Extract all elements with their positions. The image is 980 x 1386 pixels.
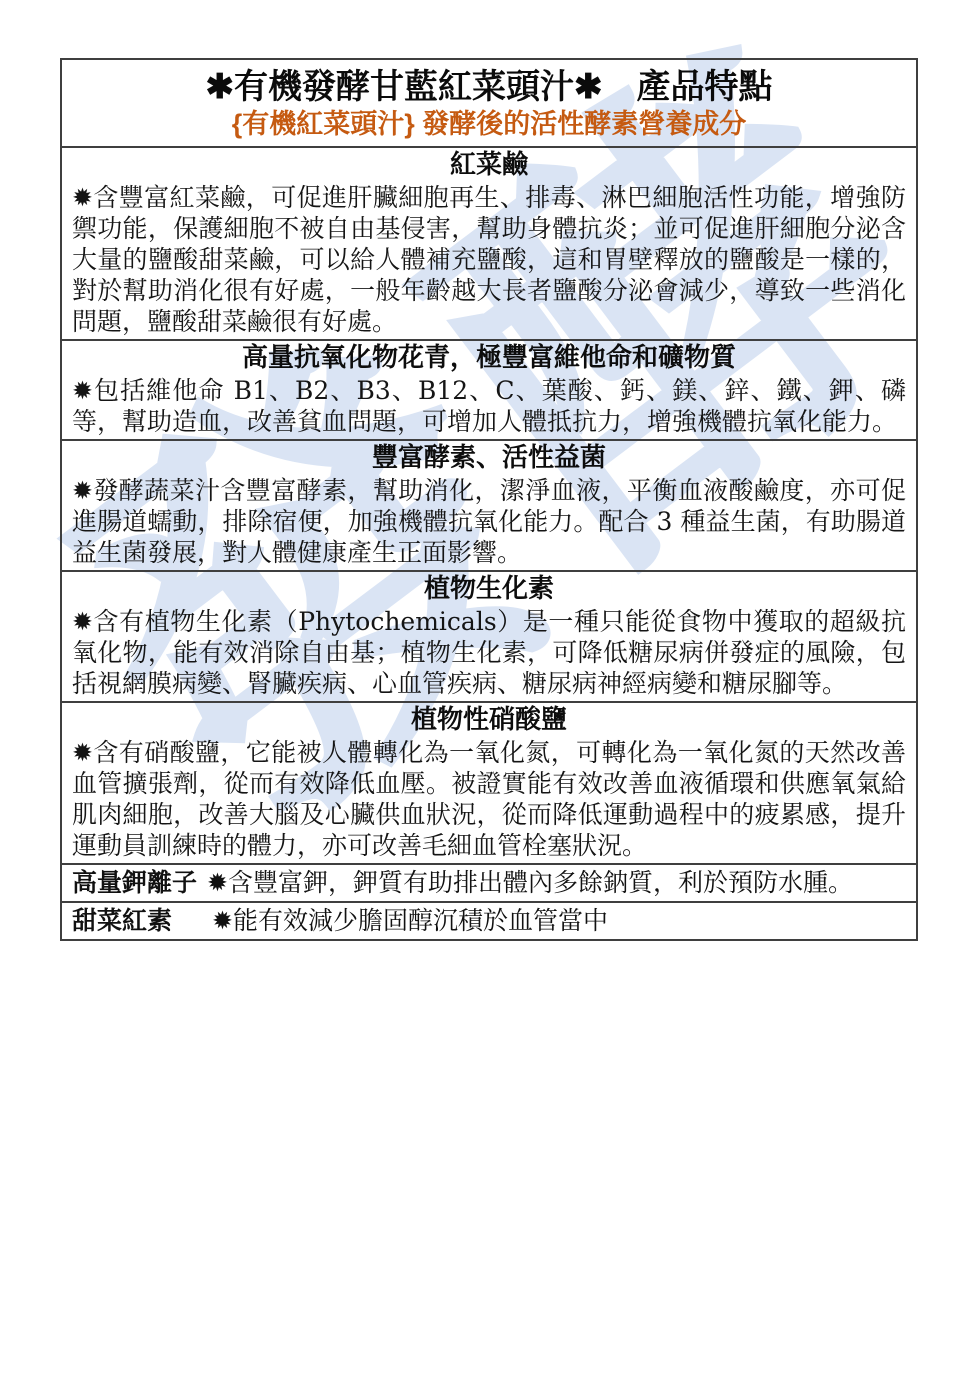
section-heading-phytochemicals: 植物生化素	[72, 573, 906, 606]
section-body-betaine: ✹含豐富紅菜鹼，可促進肝臟細胞再生、排毒、淋巴細胞活性功能，增強防禦功能，保護細…	[72, 182, 906, 337]
row-potassium-label: 高量鉀離子	[72, 868, 197, 897]
section-plant-nitrates: 植物性硝酸鹽 ✹含有硝酸鹽，它能被人體轉化為一氧化氮，可轉化為一氧化氮的天然改善…	[62, 701, 916, 863]
section-heading-betaine: 紅菜鹼	[72, 149, 906, 182]
section-body-phytochemicals: ✹含有植物生化素（Phytochemicals）是一種只能從食物中獲取的超級抗氧…	[72, 606, 906, 699]
section-heading-enzymes-probiotics: 豐富酵素、活性益菌	[72, 442, 906, 475]
section-body-plant-nitrates: ✹含有硝酸鹽，它能被人體轉化為一氧化氮，可轉化為一氧化氮的天然改善血管擴張劑，從…	[72, 737, 906, 861]
section-enzymes-probiotics: 豐富酵素、活性益菌 ✹發酵蔬菜汁含豐富酵素，幫助消化，潔淨血液，平衡血液酸鹼度，…	[62, 439, 916, 570]
title-cell: ✱有機發酵甘藍紅菜頭汁✱ 產品特點 {有機紅菜頭汁} 發酵後的活性酵素營養成分	[62, 60, 916, 146]
section-phytochemicals: 植物生化素 ✹含有植物生化素（Phytochemicals）是一種只能從食物中獲…	[62, 570, 916, 701]
section-body-enzymes-probiotics: ✹發酵蔬菜汁含豐富酵素，幫助消化，潔淨血液，平衡血液酸鹼度，亦可促進腸道蠕動，排…	[72, 475, 906, 568]
page-title: ✱有機發酵甘藍紅菜頭汁✱ 產品特點	[70, 67, 908, 107]
section-heading-antioxidants-vitamins: 高量抗氧化物花青，極豐富維他命和礦物質	[72, 342, 906, 375]
document-page: 發酵 ✱有機發酵甘藍紅菜頭汁✱ 產品特點 {有機紅菜頭汁} 發酵後的活性酵素營養…	[0, 0, 980, 1386]
section-heading-plant-nitrates: 植物性硝酸鹽	[72, 704, 906, 737]
section-betaine: 紅菜鹼 ✹含豐富紅菜鹼，可促進肝臟細胞再生、排毒、淋巴細胞活性功能，增強防禦功能…	[62, 146, 916, 339]
section-antioxidants-vitamins: 高量抗氧化物花青，極豐富維他命和礦物質 ✹包括維他命 B1、B2、B3、B12、…	[62, 339, 916, 439]
row-betanin: 甜菜紅素✹能有效減少膽固醇沉積於血管當中	[62, 901, 916, 939]
row-potassium: 高量鉀離子✹含豐富鉀，鉀質有助排出體內多餘鈉質，利於預防水腫。	[62, 863, 916, 901]
section-body-antioxidants-vitamins: ✹包括維他命 B1、B2、B3、B12、C、葉酸、鈣、鎂、鋅、鐵、鉀、磷等，幫助…	[72, 375, 906, 437]
page-subtitle: {有機紅菜頭汁} 發酵後的活性酵素營養成分	[70, 107, 908, 141]
product-features-table: ✱有機發酵甘藍紅菜頭汁✱ 產品特點 {有機紅菜頭汁} 發酵後的活性酵素營養成分 …	[60, 58, 918, 941]
row-betanin-label: 甜菜紅素	[72, 906, 172, 935]
row-potassium-body: ✹含豐富鉀，鉀質有助排出體內多餘鈉質，利於預防水腫。	[207, 868, 853, 897]
row-betanin-body: ✹能有效減少膽固醇沉積於血管當中	[212, 906, 608, 935]
